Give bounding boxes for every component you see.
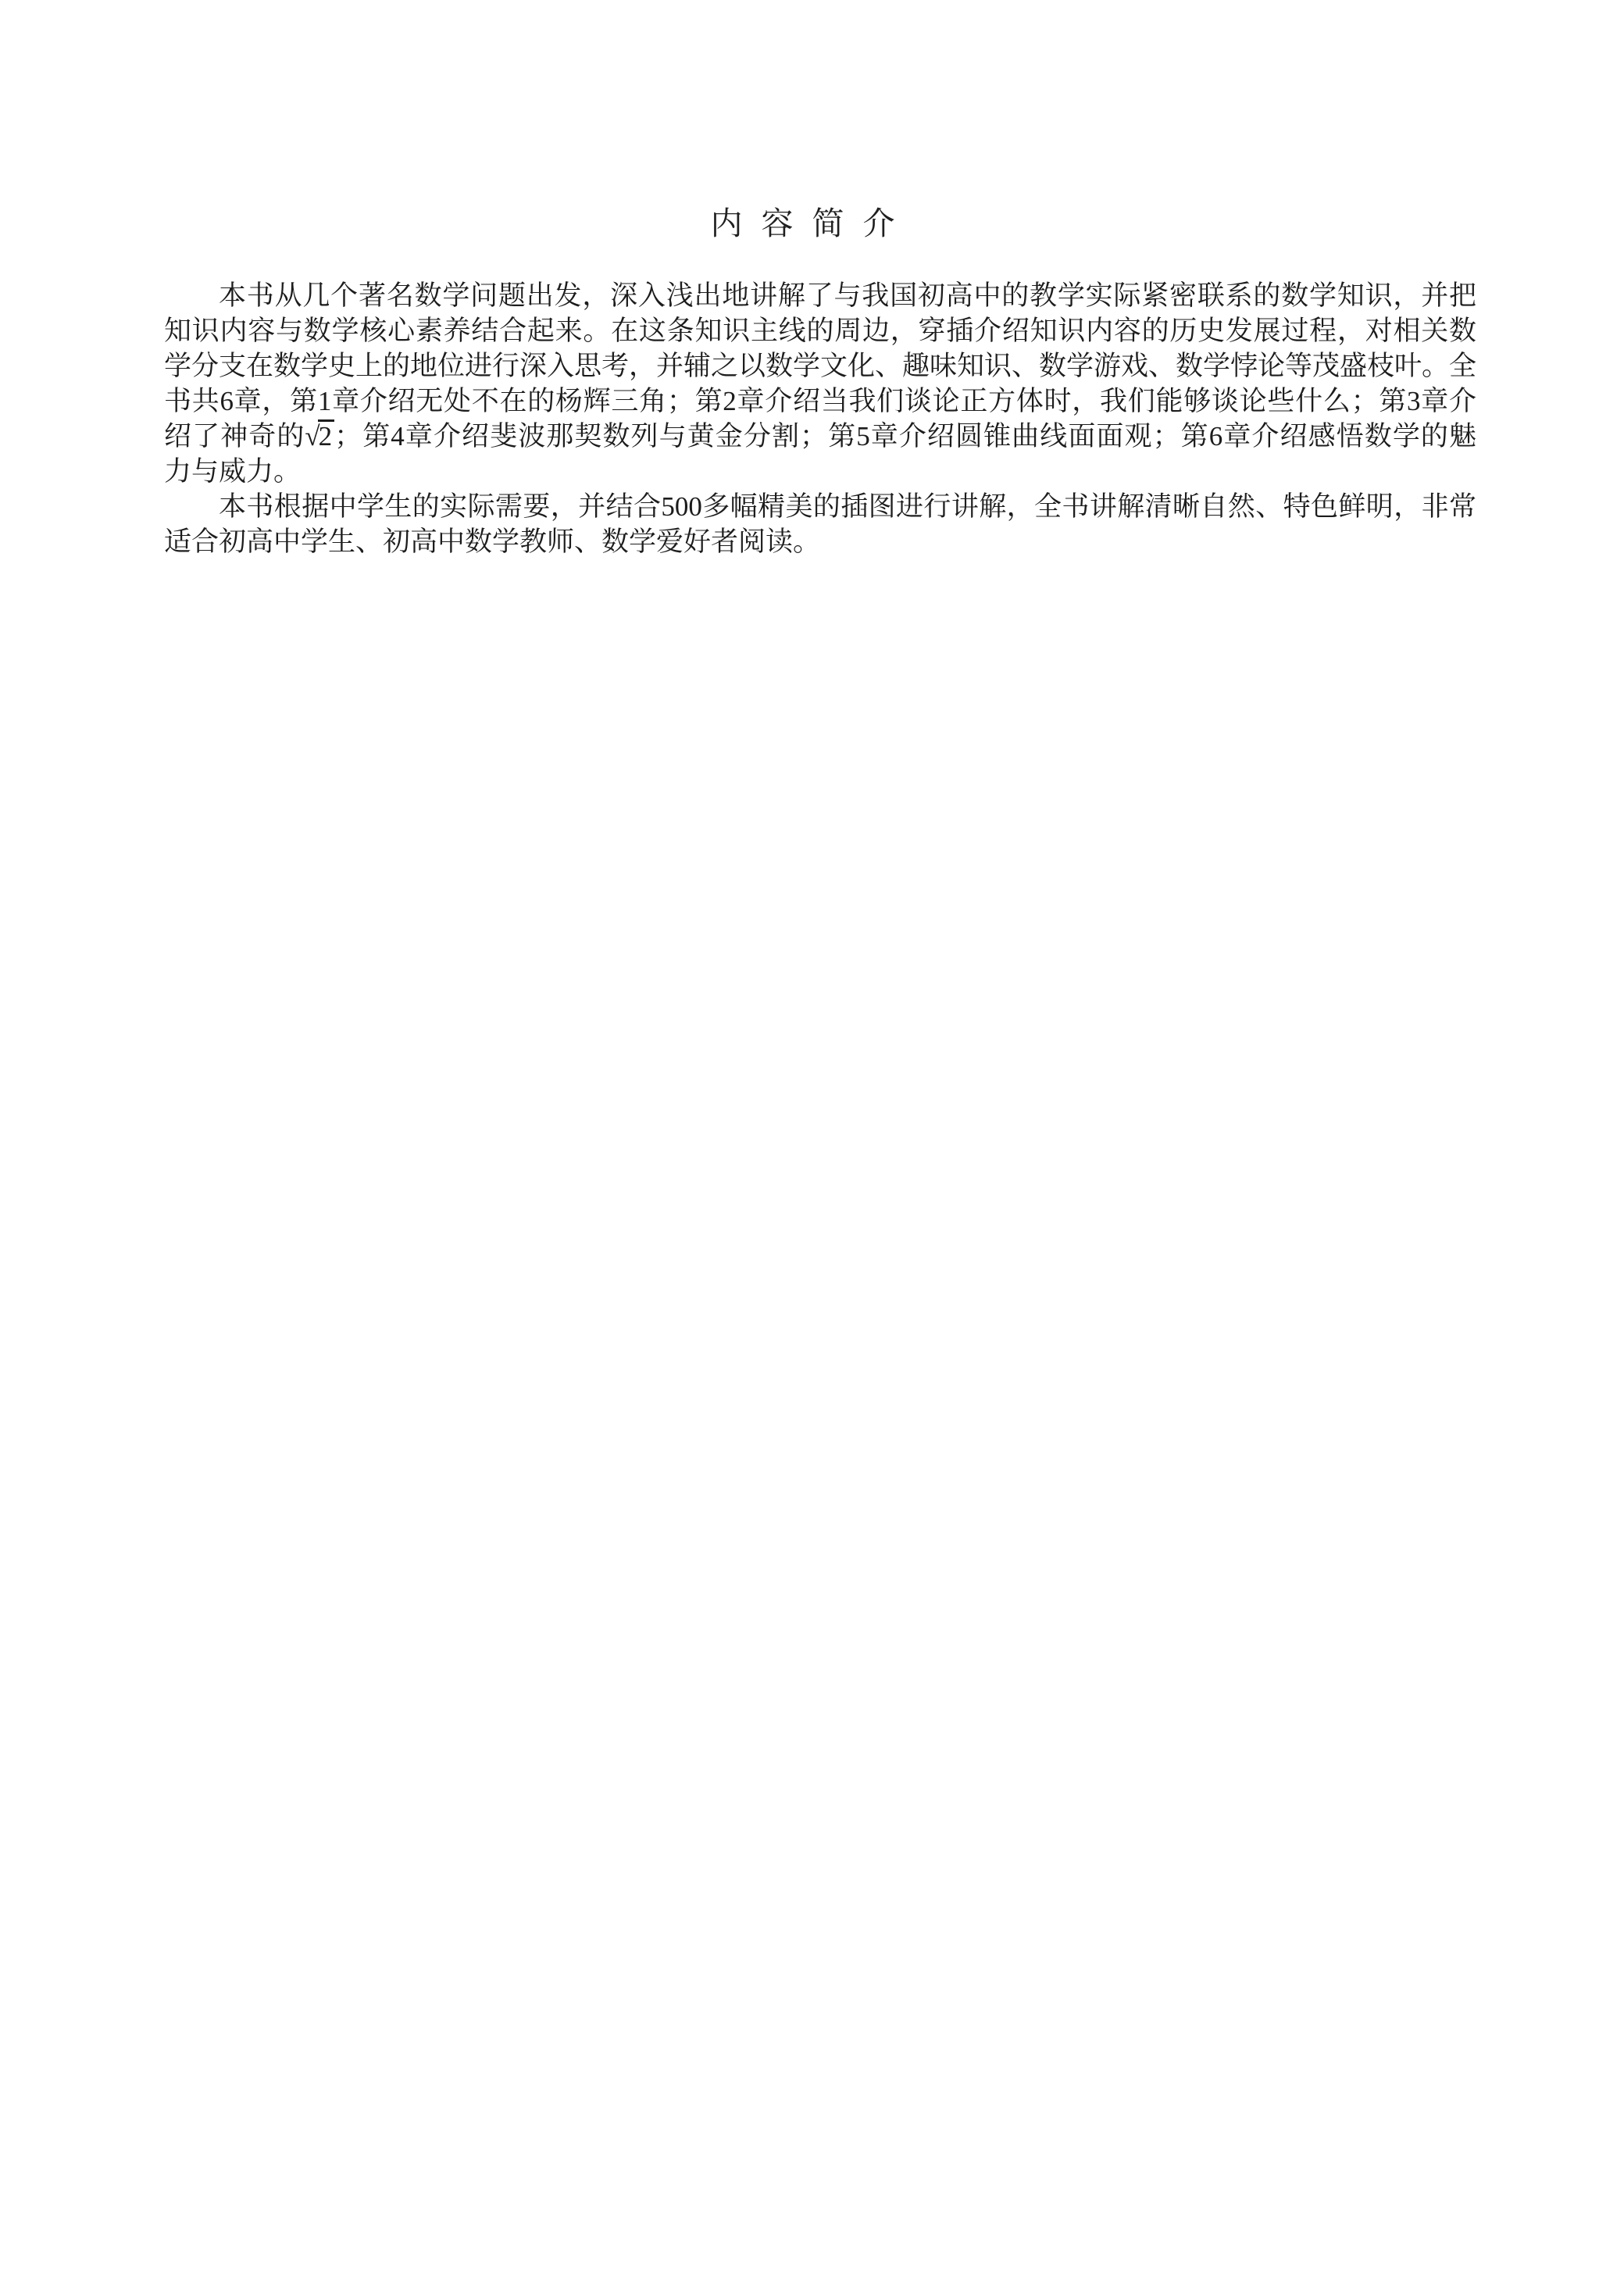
text-line: 书共6章，第1章介绍无处不在的杨辉三角；第2章介绍当我们谈论正方体时，我们能够谈… bbox=[164, 384, 1476, 419]
text-line: 力与威力。 bbox=[164, 454, 1476, 489]
text-line: 学分支在数学史上的地位进行深入思考，并辅之以数学文化、趣味知识、数学游戏、数学悖… bbox=[164, 348, 1476, 384]
text-line: 知识内容与数学核心素养结合起来。在这条知识主线的周边，穿插介绍知识内容的历史发展… bbox=[164, 313, 1476, 348]
text-line: 适合初高中学生、初高中数学教师、数学爱好者阅读。 bbox=[164, 524, 1476, 559]
text-line: 绍了神奇的√2；第4章介绍斐波那契数列与黄金分割；第5章介绍圆锥曲线面面观；第6… bbox=[164, 419, 1476, 454]
page-title: 内容简介 bbox=[0, 202, 1624, 245]
sqrt-2-radical: √2 bbox=[305, 421, 334, 452]
text-line: 本书根据中学生的实际需要，并结合500多幅精美的插图进行讲解，全书讲解清晰自然、… bbox=[164, 489, 1476, 524]
intro-text: 本书从几个著名数学问题出发，深入浅出地讲解了与我国初高中的教学实际紧密联系的数学… bbox=[164, 278, 1476, 559]
text-line: 本书从几个著名数学问题出发，深入浅出地讲解了与我国初高中的教学实际紧密联系的数学… bbox=[164, 278, 1476, 313]
book-intro-page: 内容简介 本书从几个著名数学问题出发，深入浅出地讲解了与我国初高中的教学实际紧密… bbox=[0, 0, 1624, 2270]
